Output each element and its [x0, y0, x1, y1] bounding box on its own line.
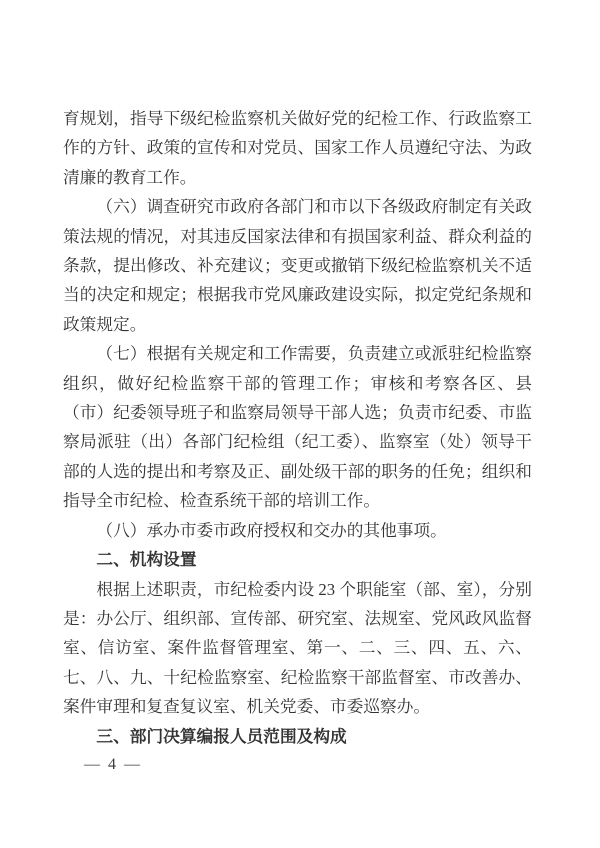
body-paragraph-item-7: （七）根据有关规定和工作需要，负责建立或派驻纪检监察组织，做好纪检监察干部的管理… — [63, 339, 532, 515]
scanned-document-page: 育规划，指导下级纪检监察机关做好党的纪检工作、行政监察工作的方针、政策的宣传和对… — [0, 0, 600, 848]
body-paragraph-item-8: （八）承办市委市政府授权和交办的其他事项。 — [63, 516, 532, 545]
body-paragraph-item-6: （六）调查研究市政府各部门和市以下各级政府制定有关政策法规的情况，对其违反国家法… — [63, 192, 532, 339]
section-heading-2: 二、机构设置 — [63, 545, 532, 574]
body-paragraph-org-setup: 根据上述职责，市纪检委内设 23 个职能室（部、室），分别是：办公厅、组织部、宣… — [63, 575, 532, 722]
document-body: 育规划，指导下级纪检监察机关做好党的纪检工作、行政监察工作的方针、政策的宣传和对… — [63, 104, 532, 751]
page-number: — 4 — — [84, 752, 142, 778]
section-heading-3: 三、部门决算编报人员范围及构成 — [63, 722, 532, 751]
body-paragraph-continuation: 育规划，指导下级纪检监察机关做好党的纪检工作、行政监察工作的方针、政策的宣传和对… — [63, 104, 532, 192]
